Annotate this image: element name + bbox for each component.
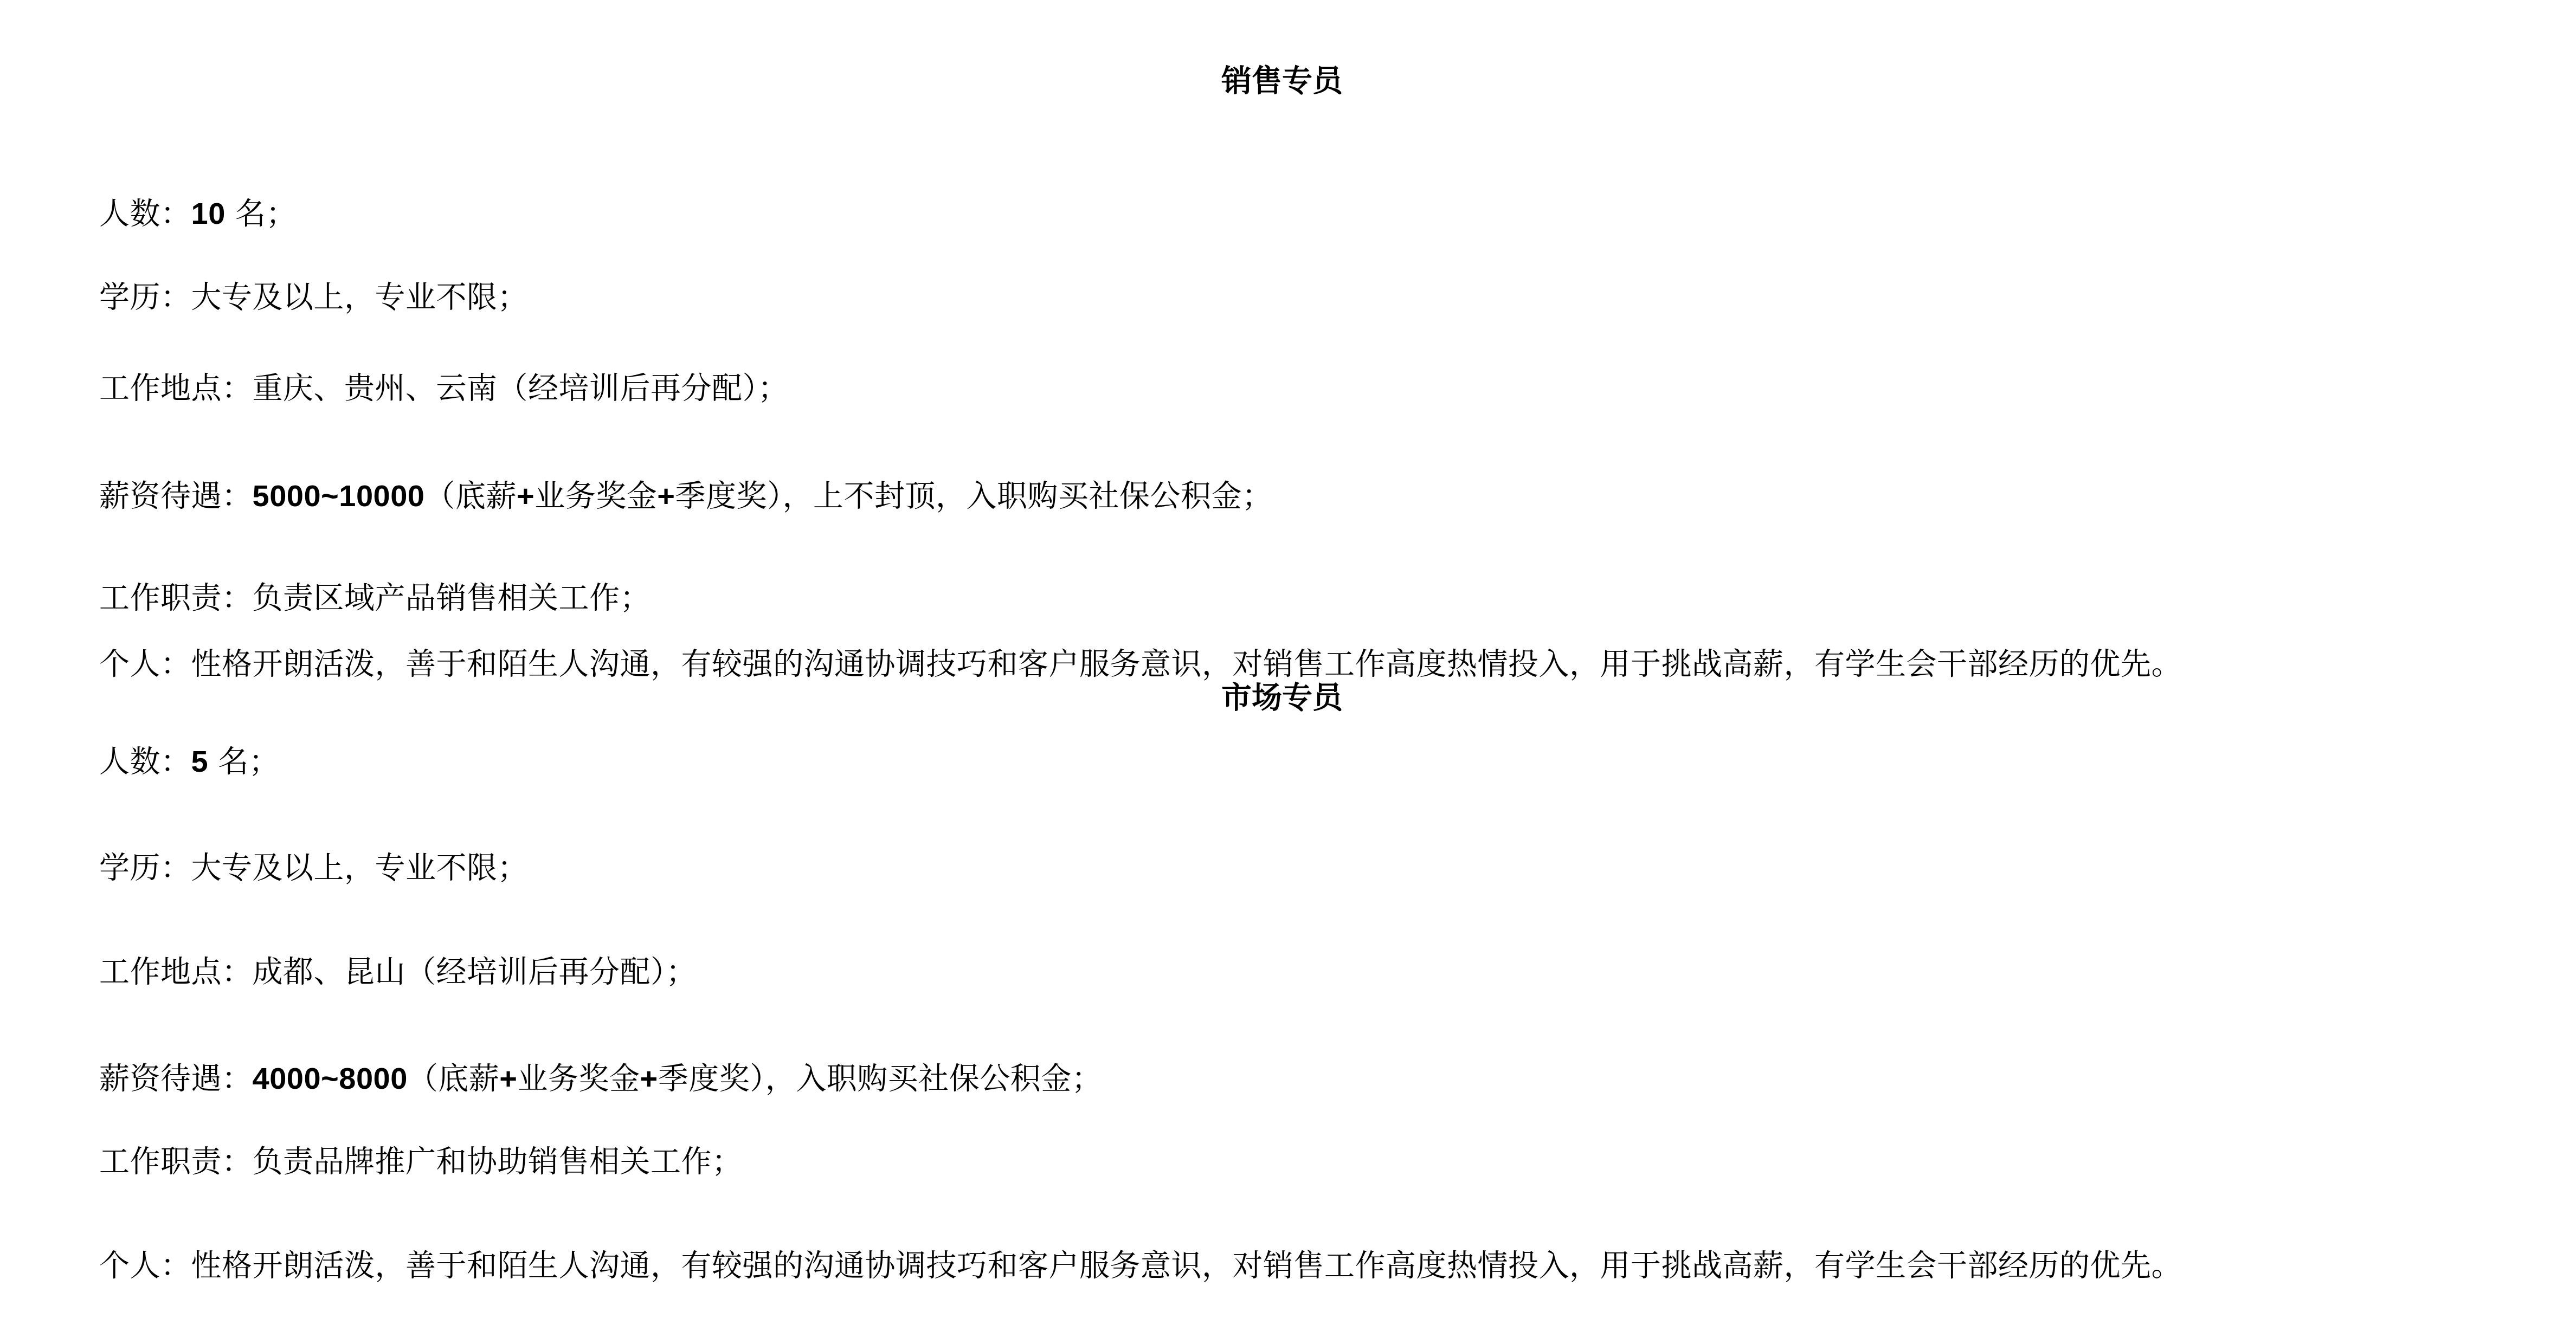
salary-line-marketing: 薪资待遇：4000~8000（底薪+业务奖金+季度奖），入职购买社保公积金； <box>99 1059 1102 1097</box>
salary-label: 薪资待遇： <box>99 479 253 514</box>
location-line-marketing: 工作地点：成都、昆山（经培训后再分配）； <box>99 953 697 991</box>
location-line-sales: 工作地点：重庆、贵州、云南（经培训后再分配）； <box>99 370 789 408</box>
duties-label: 工作职责： <box>99 580 253 616</box>
headcount-value: 10 <box>191 196 226 230</box>
salary-paren-open: （底薪 <box>408 1061 500 1096</box>
personal-line-marketing: 个人：性格开朗活泼，善于和陌生人沟通，有较强的沟通协调技巧和客户服务意识，对销售… <box>99 1247 2182 1285</box>
salary-range: 5000~10000 <box>253 479 425 513</box>
section-title-sales: 销售专员 <box>0 62 2564 100</box>
salary-range: 4000~8000 <box>253 1061 408 1095</box>
salary-plus-2: + <box>640 1061 658 1095</box>
personal-value: 性格开朗活泼，善于和陌生人沟通，有较强的沟通协调技巧和客户服务意识，对销售工作高… <box>191 1248 2182 1283</box>
location-value: 重庆、贵州、云南（经培训后再分配）； <box>253 371 789 406</box>
salary-part-2: 业务奖金 <box>518 1061 640 1096</box>
headcount-line-sales: 人数：10 名； <box>99 195 297 232</box>
salary-paren-open: （底薪 <box>425 479 517 514</box>
salary-plus-2: + <box>657 479 675 513</box>
personal-value: 性格开朗活泼，善于和陌生人沟通，有较强的沟通协调技巧和客户服务意识，对销售工作高… <box>191 647 2182 682</box>
education-label: 学历： <box>99 280 191 315</box>
headcount-value: 5 <box>191 744 209 778</box>
section-title-marketing: 市场专员 <box>0 679 2564 717</box>
salary-part-2: 业务奖金 <box>534 479 657 514</box>
duties-line-sales: 工作职责：负责区域产品销售相关工作； <box>99 579 651 617</box>
headcount-label: 人数： <box>99 744 191 779</box>
education-line-sales: 学历：大专及以上，专业不限； <box>99 279 528 316</box>
headcount-line-marketing: 人数：5 名； <box>99 742 279 780</box>
salary-plus-1: + <box>517 479 534 513</box>
document-page: 销售专员 人数：10 名； 学历：大专及以上，专业不限； 工作地点：重庆、贵州、… <box>0 0 2576 1344</box>
personal-label: 个人： <box>99 1248 191 1283</box>
headcount-label: 人数： <box>99 196 191 231</box>
headcount-suffix: 名； <box>226 196 297 231</box>
salary-part-3: 季度奖），入职购买社保公积金； <box>658 1061 1103 1096</box>
duties-value: 负责品牌推广和协助销售相关工作； <box>253 1144 743 1179</box>
education-value: 大专及以上，专业不限； <box>191 280 529 315</box>
salary-part-3: 季度奖），上不封顶，入职购买社保公积金； <box>675 479 1272 514</box>
duties-value: 负责区域产品销售相关工作； <box>253 580 651 616</box>
headcount-suffix: 名； <box>208 744 279 779</box>
salary-label: 薪资待遇： <box>99 1061 253 1096</box>
location-label: 工作地点： <box>99 371 253 406</box>
salary-line-sales: 薪资待遇：5000~10000（底薪+业务奖金+季度奖），上不封顶，入职购买社保… <box>99 477 1272 515</box>
education-line-marketing: 学历：大专及以上，专业不限； <box>99 849 528 887</box>
personal-label: 个人： <box>99 647 191 682</box>
education-value: 大专及以上，专业不限； <box>191 850 529 886</box>
salary-plus-1: + <box>499 1061 517 1095</box>
personal-line-sales: 个人：性格开朗活泼，善于和陌生人沟通，有较强的沟通协调技巧和客户服务意识，对销售… <box>99 645 2182 683</box>
education-label: 学历： <box>99 850 191 886</box>
duties-label: 工作职责： <box>99 1144 253 1179</box>
duties-line-marketing: 工作职责：负责品牌推广和协助销售相关工作； <box>99 1143 743 1181</box>
location-value: 成都、昆山（经培训后再分配）； <box>253 954 697 990</box>
location-label: 工作地点： <box>99 954 253 990</box>
